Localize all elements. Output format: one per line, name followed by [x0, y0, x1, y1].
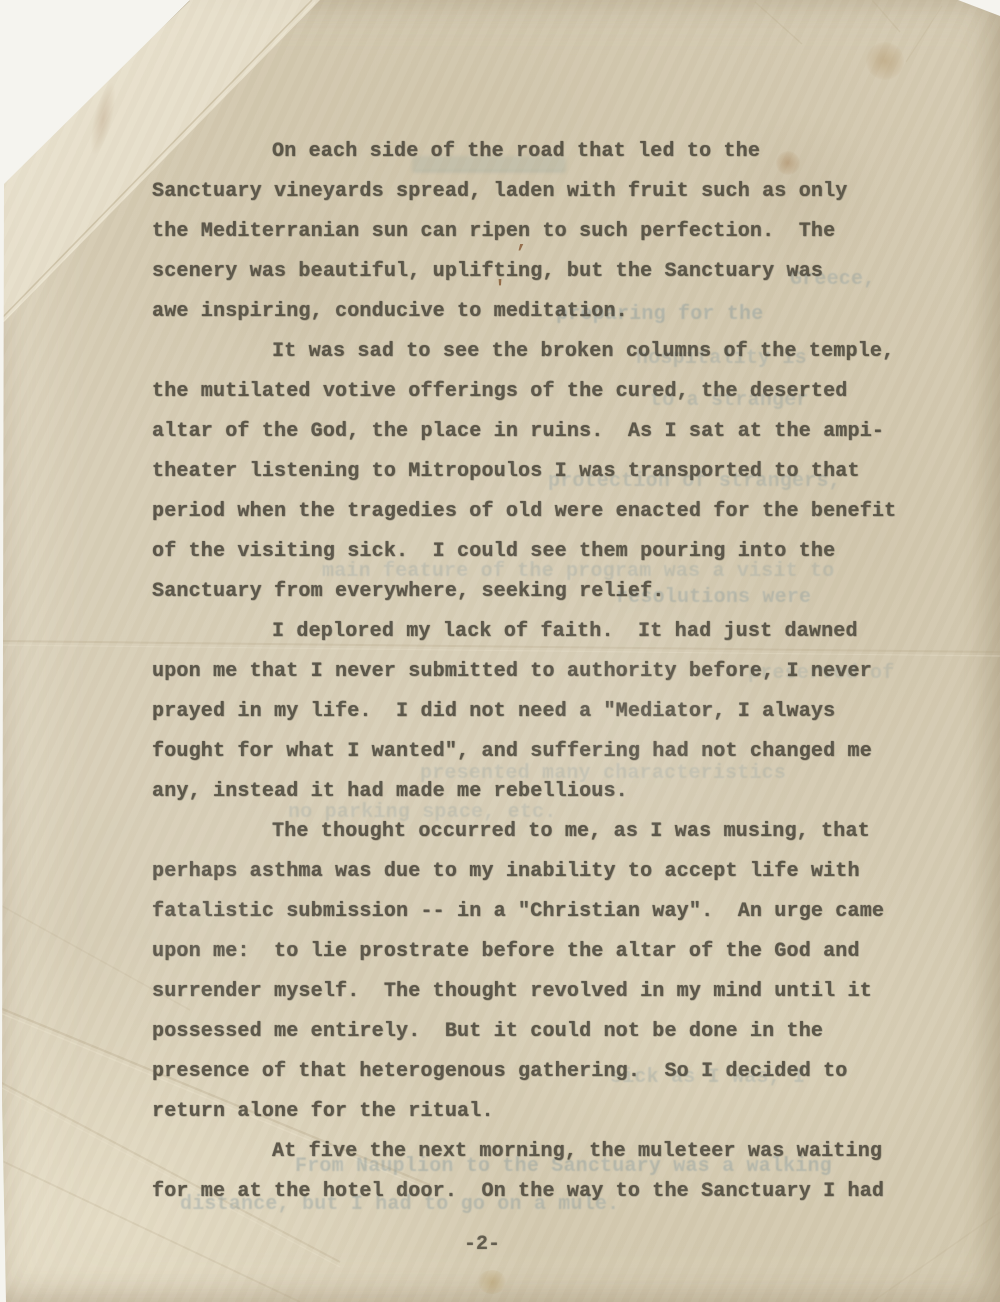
text-line: the mutilated votive offerings of the cu… — [152, 372, 896, 412]
text-line: theater listening to Mitropoulos I was t… — [152, 452, 896, 492]
text-line: possessed me entirely. But it could not … — [152, 1012, 896, 1052]
text-line: Sanctuary from everywhere, seeking relie… — [152, 572, 896, 612]
text-line: presence of that heterogenous gathering.… — [152, 1052, 896, 1092]
text-line: prayed in my life. I did not need a "Med… — [152, 692, 896, 732]
stain — [478, 1270, 506, 1294]
text-line: perhaps asthma was due to my inability t… — [152, 852, 896, 892]
page-number: -2- — [152, 1225, 812, 1265]
text-line: any, instead it had made me rebellious. — [152, 772, 896, 812]
text-line: Sanctuary vineyards spread, laden with f… — [152, 172, 896, 212]
paragraph: It was sad to see the broken columns of … — [152, 332, 896, 612]
text-line: upon me: to lie prostrate before the alt… — [152, 932, 896, 972]
text-line: of the visiting sick. I could see them p… — [152, 532, 896, 572]
paragraph: At five the next morning, the muleteer w… — [152, 1132, 896, 1212]
paper-sheet: Greece,preparing for thehospitality isto… — [0, 0, 1000, 1302]
stain — [866, 42, 904, 80]
paragraph: The thought occurred to me, as I was mus… — [152, 812, 896, 1132]
text-line: fatalistic submission -- in a "Christian… — [152, 892, 896, 932]
text-line: fought for what I wanted", and suffering… — [152, 732, 896, 772]
text-line: return alone for the ritual. — [152, 1092, 896, 1132]
paragraph: On each side of the road that led to the… — [152, 132, 896, 332]
text-line: period when the tragedies of old were en… — [152, 492, 896, 532]
text-line: scenery was beautiful, uplifting, but th… — [152, 252, 896, 292]
paragraph: I deplored my lack of faith. It had just… — [152, 612, 896, 812]
scanned-page-background: Greece,preparing for thehospitality isto… — [0, 0, 1000, 1302]
text-line: altar of the God, the place in ruins. As… — [152, 412, 896, 452]
text-line: for me at the hotel door. On the way to … — [152, 1172, 896, 1212]
text-line: On each side of the road that led to the — [152, 132, 896, 172]
document-body: On each side of the road that led to the… — [152, 132, 896, 1212]
text-line: awe inspiring, conducive to meditation. — [152, 292, 896, 332]
text-line: surrender myself. The thought revolved i… — [152, 972, 896, 1012]
stain — [85, 81, 120, 157]
text-line: At five the next morning, the muleteer w… — [152, 1132, 896, 1172]
text-line: It was sad to see the broken columns of … — [152, 332, 896, 372]
text-line: I deplored my lack of faith. It had just… — [152, 612, 896, 652]
text-line: upon me that I never submitted to author… — [152, 652, 896, 692]
text-line: the Mediterranian sun can ripen to such … — [152, 212, 896, 252]
text-line: The thought occurred to me, as I was mus… — [152, 812, 896, 852]
